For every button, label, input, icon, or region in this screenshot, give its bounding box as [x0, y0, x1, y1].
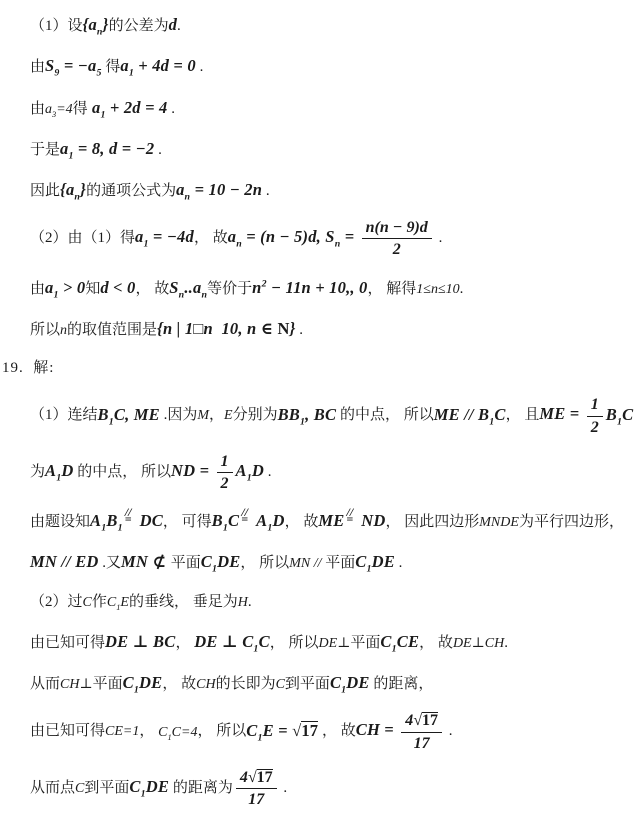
- solution-step-range-of-n: 所以n的取值范围是{n | 1□n 10, n ∈ N} .: [30, 316, 634, 342]
- solution-step-de-perpendicular: 由已知可得DE ⊥ BC， DE ⊥ C1C， 所以DE⊥平面C1CE， 故DE…: [30, 629, 634, 655]
- solution-step-set-difference: （1）设{an}的公差为d.: [30, 12, 634, 38]
- solution-step-connect-lines: （1）连结B1C, ME .因为M，E分别为BB1, BC 的中点， 所以ME …: [30, 395, 634, 436]
- solution-step-final-distance: 从而点C到平面C1DE 的距离为4√1717 .: [30, 768, 634, 809]
- solution-step-midpoint-nd: 为A1D 的中点， 所以ND = 12A1D .: [30, 452, 634, 493]
- problem-19-header: 19. 解:: [2, 357, 634, 380]
- solution-step-ch-distance: 从而CH⊥平面C1DE， 故CH的长即为C到平面C1DE 的距离，: [30, 670, 634, 696]
- solution-step-part2-sn-formula: （2）由（1）得a1 = −4d， 故an = (n − 5)d, Sn = n…: [30, 218, 634, 259]
- solution-step-general-formula: 因此{an}的通项公式为an = 10 − 2n .: [30, 177, 634, 203]
- solution-step-perpendicular-foot: （2）过C作C1E的垂线， 垂足为H.: [30, 591, 634, 614]
- document-page: （1）设{an}的公差为d. 由S9 = −a5 得a1 + 4d = 0 . …: [0, 0, 636, 832]
- solution-step-mn-parallel-plane: MN // ED .又MN ⊄ 平面C1DE， 所以MN // 平面C1DE .: [30, 549, 634, 575]
- solution-step-s9-equation: 由S9 = −a5 得a1 + 4d = 0 .: [30, 53, 634, 79]
- solution-step-a1-d-values: 于是a1 = 8, d = −2 .: [30, 136, 634, 162]
- solution-step-parallelogram: 由题设知A1B1//=DC， 可得B1C//=A1D， 故ME//=ND， 因此…: [30, 508, 634, 534]
- solution-step-inequality: 由a1 > 0知d < 0， 故Sn..an等价于n2 − 11n + 10,,…: [30, 275, 634, 301]
- solution-step-a3-equation: 由a3=4得 a1 + 2d = 4 .: [30, 95, 634, 121]
- solution-step-ch-value: 由已知可得CE=1， C1C=4， 所以C1E = √17 ， 故CH = 4√…: [30, 711, 634, 752]
